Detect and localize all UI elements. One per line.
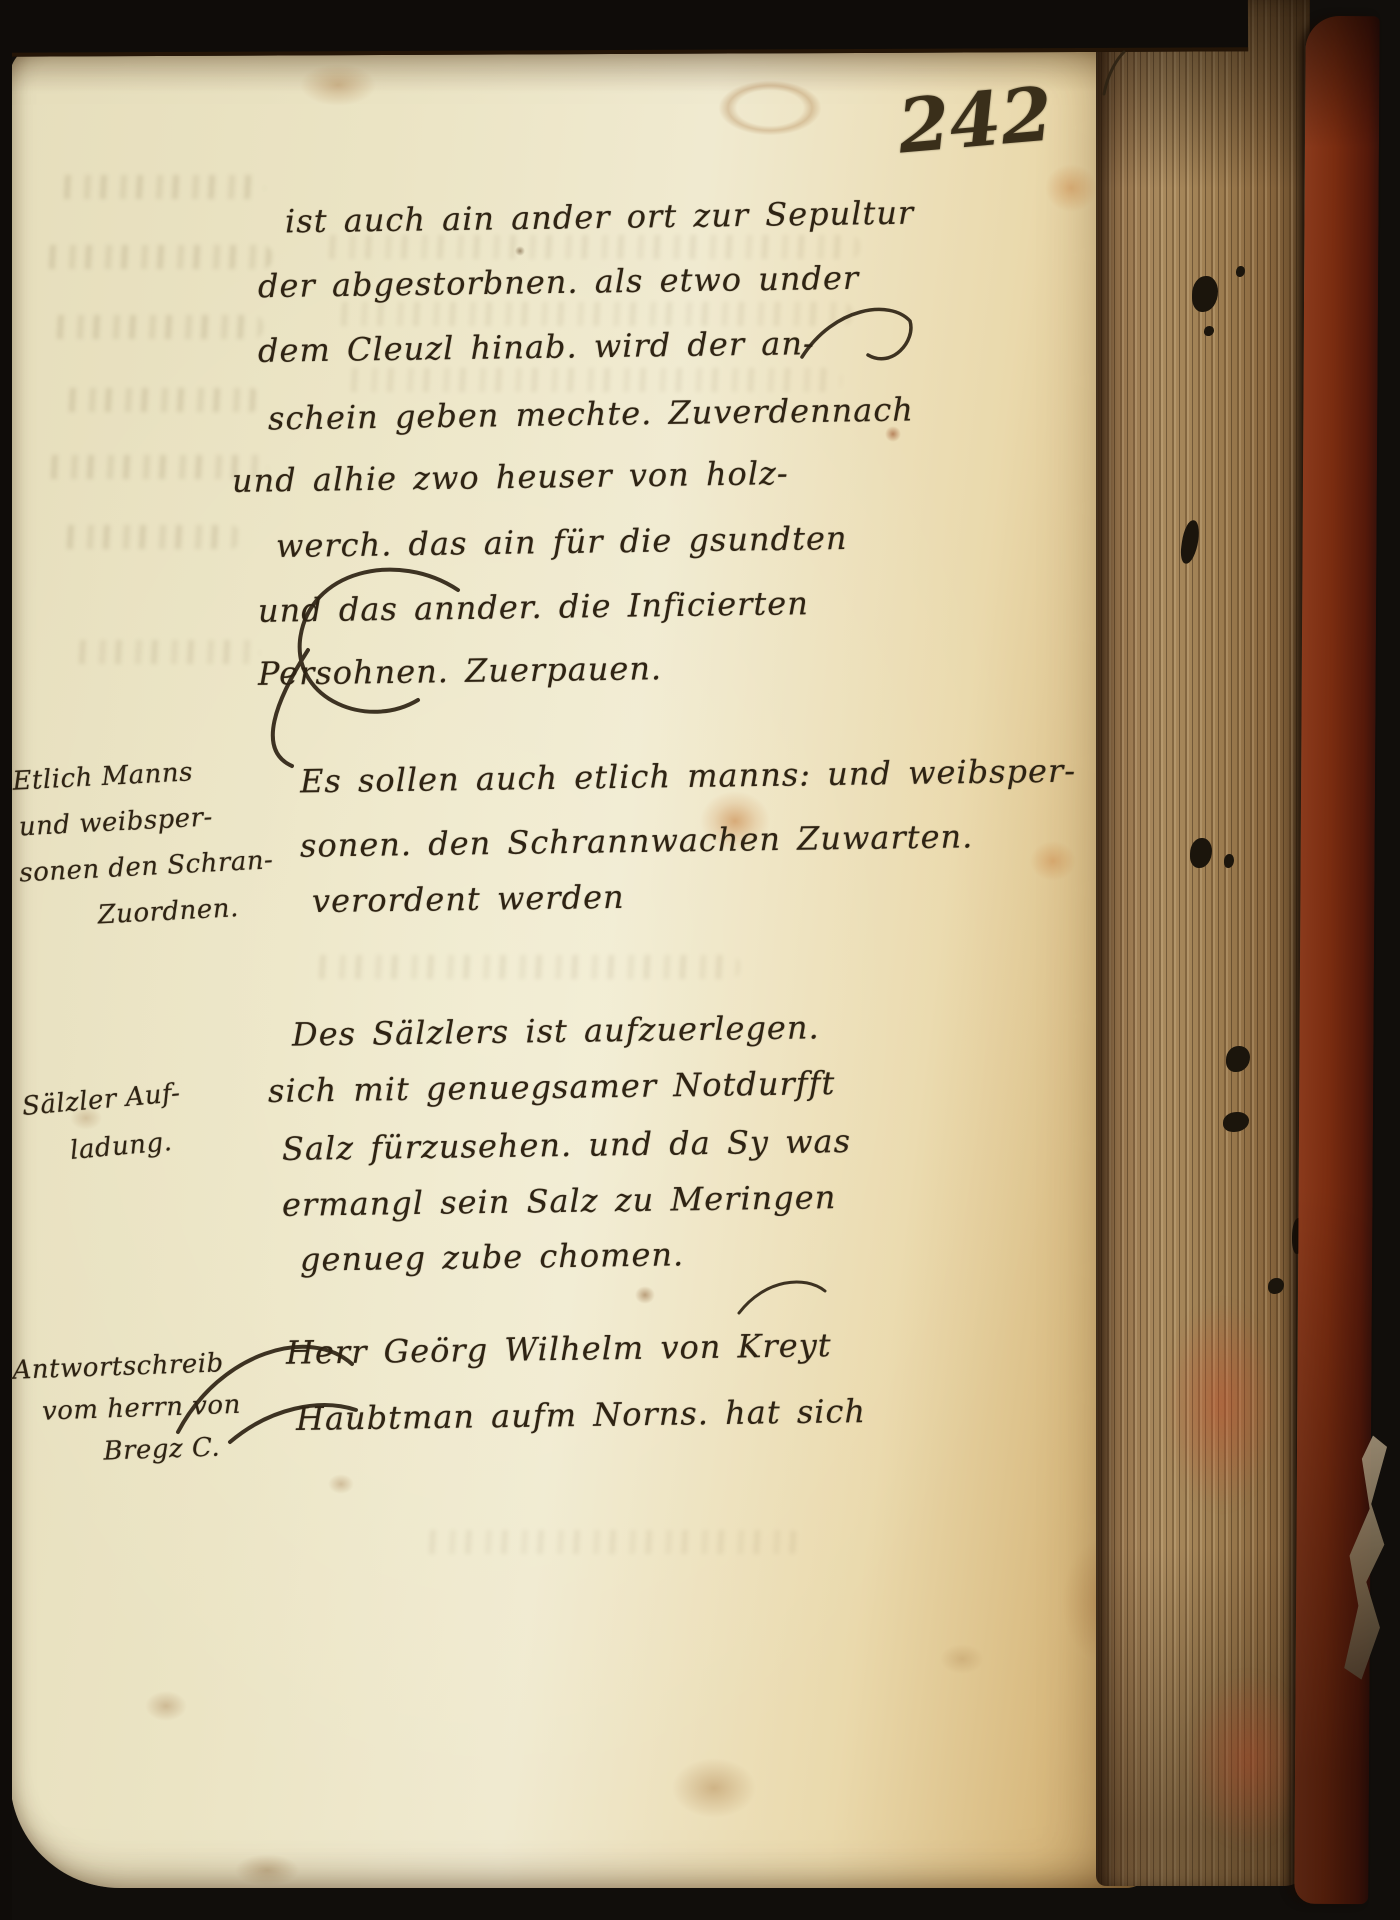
margin-note-1: Etlich Manns und weibsper- sonen den Sch…	[11, 745, 275, 942]
entry-4-body-line: Haubtman aufm Norns. hat sich	[296, 1392, 867, 1438]
ink-blot	[1179, 519, 1201, 565]
pen-flourish	[798, 295, 918, 375]
ink-blot	[1190, 838, 1212, 868]
initial-flourish	[248, 560, 488, 780]
entry-3-body-line: ermangl sein Salz zu Meringen	[282, 1178, 837, 1224]
ink-blot	[1236, 266, 1245, 277]
bleed-through-line	[60, 388, 260, 412]
entry-3-body-line: Des Sälzlers ist aufzuerlegen.	[292, 1008, 820, 1053]
folio-number: 242	[895, 71, 1056, 170]
ink-blot	[1268, 1278, 1284, 1294]
ink-blot	[1226, 1046, 1250, 1072]
bleed-through-line	[48, 315, 263, 339]
fore-edge	[1096, 0, 1310, 1886]
bleed-through-line	[420, 1530, 800, 1554]
fore-edge-red-patch	[1188, 1672, 1308, 1848]
fore-edge-red-patch	[1166, 1300, 1276, 1510]
entry-1-body-line: dem Cleuzl hinab. wird der an-	[258, 324, 815, 370]
bleed-through-line	[310, 955, 740, 979]
pen-flourish	[735, 1265, 830, 1320]
entry-1-body-line: und alhie zwo heuser von holz-	[232, 454, 789, 500]
bleed-through-line	[332, 302, 852, 326]
entry-2-body-line: verordent werden	[312, 878, 625, 920]
photo-top-border	[0, 0, 1248, 57]
ink-blot	[1204, 326, 1214, 336]
ink-blot	[1223, 1112, 1249, 1132]
entry-3-body-line: genueg zube chomen.	[300, 1235, 685, 1278]
bleed-through-line	[55, 175, 265, 199]
entry-4-body-line: Herr Geörg Wilhelm von Kreyt	[286, 1326, 832, 1372]
ink-blot	[1224, 854, 1234, 868]
bleed-through-line	[58, 525, 240, 549]
entry-1-body-line: werch. das ain für die gsundten	[276, 519, 848, 565]
bleed-through-line	[70, 640, 260, 664]
corner-pen-mark-icon	[1098, 48, 1128, 100]
manuscript-photo: 242 ist auch ain ander ort zur Sepultur …	[0, 0, 1400, 1920]
entry-3-body-line: Salz fürzusehen. und da Sy was	[282, 1122, 851, 1168]
bleed-through-line	[342, 368, 842, 392]
entry-3-body-line: sich mit genuegsamer Notdurfft	[268, 1064, 836, 1110]
bleed-through-line	[40, 245, 272, 269]
photo-left-border	[0, 0, 12, 1920]
margin-note-2: Sälzler Auf- ladung.	[20, 1069, 186, 1178]
ink-blot	[1192, 276, 1218, 312]
